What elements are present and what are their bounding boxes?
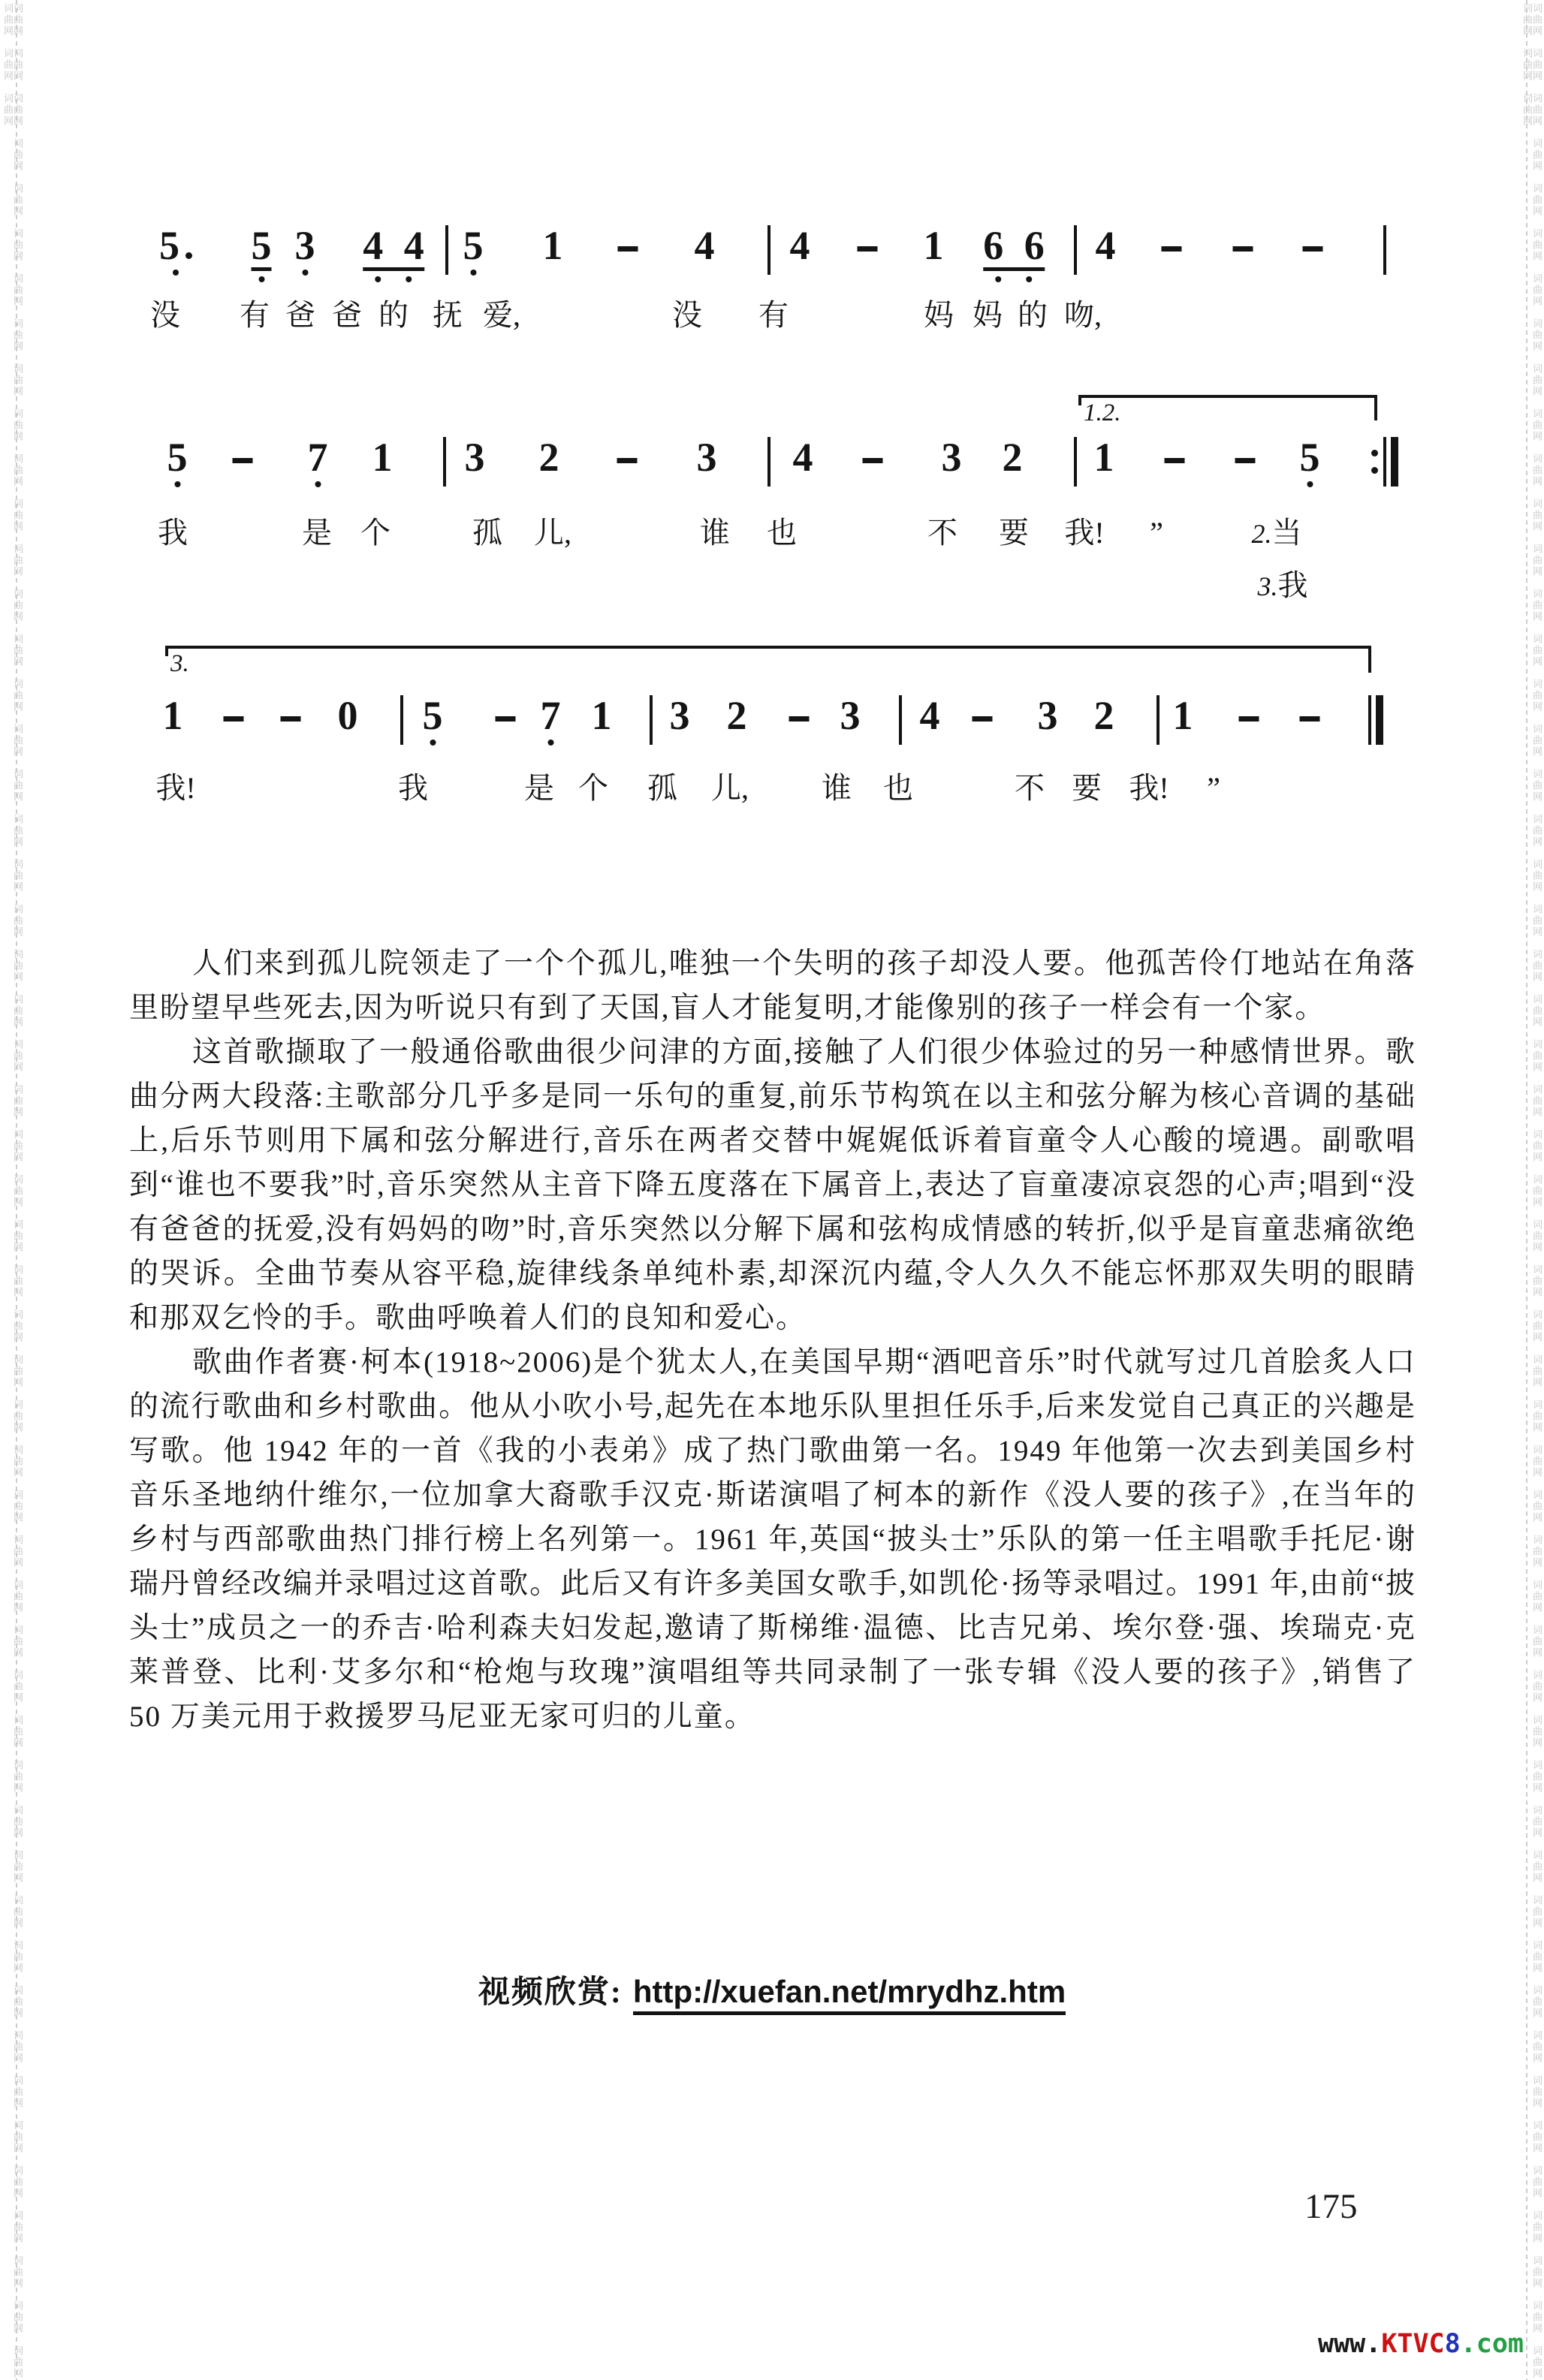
barline — [767, 437, 770, 487]
lyric-syllable: 3.我 — [1258, 571, 1308, 601]
barline — [899, 695, 902, 745]
note-digits: 3 — [1038, 698, 1058, 734]
lyric-text: 个 — [578, 771, 608, 805]
note-digit-text: 3 — [1038, 698, 1058, 734]
site-watermark: www.KTVC8.com — [1318, 2329, 1524, 2359]
note-digits: 5 — [1300, 440, 1320, 476]
article: 人们来到孤儿院领走了一个个孤儿,唯独一个失明的孩子却没人要。他孤苦伶仃地站在角落… — [129, 941, 1416, 1739]
duration-dash — [1162, 246, 1182, 252]
duration-dash — [1235, 458, 1256, 463]
barline — [767, 225, 770, 275]
note-digits: 5 — [463, 228, 484, 264]
duration-dash — [1233, 246, 1253, 252]
lyric-syllable: 儿, — [534, 518, 571, 548]
lyric-text: 我! — [1129, 771, 1169, 805]
lyric-syllable: ” — [1207, 773, 1220, 803]
lyric-text: 的 — [378, 298, 409, 332]
note-digits: 1 — [1094, 440, 1114, 476]
lyric-text: 有 — [758, 298, 789, 332]
lyric-text: 不 — [1015, 771, 1045, 805]
volta-left-tick — [165, 646, 168, 656]
lyric-syllable: 要 — [999, 518, 1029, 548]
jianpu-note: 3 — [697, 440, 717, 476]
lyric-text: 妈 — [973, 298, 1003, 332]
volta-right-tick — [1374, 395, 1377, 420]
note-digits: 3 — [670, 698, 690, 734]
note-digits: 1 — [1173, 698, 1193, 734]
repeat-end-barline — [1371, 437, 1398, 487]
lyric-text: 个 — [360, 516, 391, 550]
jianpu-note: 1 — [924, 228, 944, 264]
jianpu-note: 5 — [423, 698, 443, 746]
lyric-syllable: 要 — [1072, 773, 1102, 803]
note-digits: 2 — [1094, 698, 1114, 734]
note-digits: 4 — [695, 228, 715, 264]
note-digit-text: 1 — [1173, 698, 1193, 734]
jianpu-note: 5 — [167, 440, 188, 487]
note-digit-text: 5 — [167, 440, 188, 476]
jianpu-note: 4 — [695, 228, 715, 264]
note-digit-text: 1 — [1094, 440, 1114, 476]
lyric-syllable: 我! — [1064, 518, 1104, 548]
volta-bracket: 3. — [165, 646, 1371, 649]
note-digit-text: 0 — [338, 698, 358, 734]
thick-bar — [1391, 437, 1398, 487]
lyric-syllable: 谁 — [822, 773, 852, 803]
note-digits: 0 — [338, 698, 358, 734]
jianpu-note: 4 — [793, 440, 813, 476]
lyric-syllable: 没 — [672, 300, 702, 330]
note-digit-text: 1 — [592, 698, 612, 734]
lyric-text: ” — [1150, 516, 1163, 550]
thin-bar — [1368, 695, 1371, 745]
note-digits: 1 — [372, 440, 393, 476]
barline — [400, 695, 403, 745]
barline — [1156, 695, 1160, 745]
jianpu-note: 5 — [159, 228, 192, 276]
lyric-syllable: 的 — [378, 300, 409, 330]
lyric-text: 也 — [883, 771, 913, 805]
lyric-syllable: 有 — [758, 300, 789, 330]
duration-dash — [1239, 716, 1259, 722]
lyric-syllable: 不 — [1015, 773, 1045, 803]
jianpu-note: 3 — [670, 698, 690, 734]
note-digits: 4 4 — [363, 228, 424, 264]
lyric-syllable: 我! — [1129, 773, 1169, 803]
note-digit-text: 7 — [308, 440, 328, 476]
lyric-text: 抚 — [433, 298, 463, 332]
barline — [1074, 437, 1077, 487]
note-digit-text: 3 — [942, 440, 962, 476]
duration-dash — [863, 458, 883, 463]
duration-dash — [858, 246, 878, 252]
octave-dot — [996, 276, 1002, 282]
octave-dot — [1307, 481, 1313, 487]
note-digit-text: 4 — [793, 440, 813, 476]
octave-dot — [173, 270, 179, 276]
jianpu-note: 5 — [252, 228, 272, 282]
thin-bar — [1383, 437, 1386, 487]
note-digits: 1 — [163, 698, 183, 734]
volta-right-tick — [1368, 646, 1371, 673]
verse-number: 2. — [1252, 519, 1272, 549]
site-watermark-part: 8 — [1445, 2329, 1461, 2359]
lyric-syllable: 我 — [158, 518, 188, 548]
lyric-text: 我! — [1064, 516, 1104, 550]
lyric-syllable: 是 — [524, 773, 554, 803]
jianpu-note: 4 — [1096, 228, 1116, 264]
note-digits: 2 — [727, 698, 747, 734]
lyric-syllable: 儿, — [711, 773, 749, 803]
site-watermark-part: www. — [1318, 2329, 1381, 2359]
lyric-syllable: 爸 — [285, 300, 315, 330]
page-number: 175 — [1304, 2186, 1358, 2227]
lyric-text: 有 — [240, 298, 270, 332]
lyric-text: 没 — [672, 298, 702, 332]
lyric-syllable: 爸 — [332, 300, 362, 330]
note-digit-text: 4 4 — [363, 228, 424, 264]
note-digits: 4 — [920, 698, 940, 734]
note-digits: 3 — [840, 698, 861, 734]
lyric-text: 儿, — [534, 516, 571, 550]
video-label: 视频欣赏: — [478, 1975, 623, 2010]
lyric-text: 爸 — [285, 298, 315, 332]
note-digit-text: 4 — [1096, 228, 1116, 264]
jianpu-note: 3 — [465, 440, 485, 476]
note-digit-text: 5 — [252, 228, 272, 264]
note-digit-text: 3 — [295, 228, 315, 264]
note-digit-text: 4 — [695, 228, 715, 264]
lyric-syllable: 妈 — [924, 300, 954, 330]
octave-dot — [547, 740, 553, 746]
barline — [1383, 225, 1386, 275]
lyric-syllable: 我! — [155, 773, 195, 803]
note-digit-text: 2 — [1094, 698, 1114, 734]
article-paragraph: 人们来到孤儿院领走了一个个孤儿,唯独一个失明的孩子却没人要。他孤苦伶仃地站在角落… — [129, 941, 1416, 1030]
jianpu-music-block: 5534 4514416 64没有爸爸的抚爱,没有妈妈的吻,1.2.571323… — [0, 0, 1544, 863]
barline — [443, 437, 446, 487]
eighth-underline — [252, 267, 272, 271]
note-digits: 1 — [592, 698, 612, 734]
barline — [1074, 225, 1077, 275]
low-octave-dots — [252, 276, 272, 282]
jianpu-note: 1 — [372, 440, 393, 476]
note-digit-text: 3 — [670, 698, 690, 734]
note-digit-text: 5 — [159, 228, 179, 264]
low-octave-dots — [423, 740, 443, 746]
lyric-syllable: 没 — [150, 300, 180, 330]
octave-dot — [1026, 276, 1032, 282]
lyric-text: 我 — [1278, 568, 1308, 602]
note-digits: 1 — [543, 228, 563, 264]
lyric-syllable: 2.当 — [1252, 518, 1302, 548]
low-octave-dots — [363, 276, 424, 282]
note-digits: 3 — [295, 228, 315, 264]
jianpu-note: 2 — [1003, 440, 1023, 476]
lyric-text: 我 — [398, 771, 428, 805]
lyric-text: 不 — [927, 516, 957, 550]
duration-dash — [233, 458, 253, 463]
lyric-syllable: 也 — [767, 518, 797, 548]
octave-dot — [302, 270, 308, 276]
note-digits: 3 — [465, 440, 485, 476]
duration-dash — [789, 716, 810, 722]
note-digit-text: 3 — [465, 440, 485, 476]
note-digit-text: 7 — [541, 698, 561, 734]
note-digit-text: 3 — [697, 440, 717, 476]
note-digit-text: 4 — [920, 698, 940, 734]
jianpu-note: 7 — [541, 698, 561, 746]
note-digits: 3 — [697, 440, 717, 476]
jianpu-note: 7 — [308, 440, 328, 487]
jianpu-note: 2 — [539, 440, 559, 476]
lyric-text: 儿, — [711, 771, 749, 805]
lyric-syllable: 不 — [927, 518, 957, 548]
jianpu-note: 3 — [942, 440, 962, 476]
duration-dash — [618, 246, 638, 252]
lyric-text: 也 — [767, 516, 797, 550]
note-digits: 1 — [924, 228, 944, 264]
jianpu-note: 4 — [790, 228, 810, 264]
octave-dot — [174, 481, 180, 487]
duration-dash — [1303, 246, 1323, 252]
video-link-line: 视频欣赏:http://xuefan.net/mrydhz.htm — [0, 1967, 1544, 2012]
jianpu-note: 4 — [920, 698, 940, 734]
site-watermark-part: KTVC — [1381, 2329, 1444, 2359]
lyric-syllable: 孤 — [647, 773, 677, 803]
jianpu-note: 1 — [592, 698, 612, 734]
jianpu-note: 6 6 — [983, 228, 1045, 282]
note-digit-text: 1 — [372, 440, 393, 476]
jianpu-note: 1 — [543, 228, 563, 264]
lyric-text: 的 — [1018, 298, 1048, 332]
lyric-text: 爱, — [483, 298, 520, 332]
lyric-text: 是 — [302, 516, 332, 550]
duration-dash — [1300, 716, 1320, 722]
octave-dot — [258, 276, 264, 282]
jianpu-note: 5 — [463, 228, 484, 276]
octave-dot — [406, 276, 412, 282]
lyric-text: 谁 — [700, 516, 730, 550]
scanned-page: 词曲网 词曲网 词曲网 词曲网 词曲网 词曲网 词曲网 词曲网 词曲网 词曲网 … — [0, 0, 1544, 2380]
jianpu-note: 1 — [163, 698, 183, 734]
note-digit-text: 5 — [423, 698, 443, 734]
lyric-syllable: 爱, — [483, 300, 520, 330]
note-digits: 3 — [942, 440, 962, 476]
note-digits: 5 — [167, 440, 188, 476]
video-url-link[interactable]: http://xuefan.net/mrydhz.htm — [633, 1974, 1066, 2015]
note-digit-text: 2 — [1003, 440, 1023, 476]
lyric-text: 是 — [524, 771, 554, 805]
low-octave-dots — [167, 481, 188, 487]
note-digits: 5 — [423, 698, 443, 734]
final-barline — [1368, 695, 1383, 745]
duration-dash — [617, 458, 638, 463]
note-digits: 5 — [159, 228, 192, 264]
lyric-text: ” — [1207, 771, 1220, 805]
lyric-text: 爸 — [332, 298, 362, 332]
note-digit-text: 5 — [463, 228, 484, 264]
barline — [650, 695, 653, 745]
low-octave-dots — [308, 481, 328, 487]
lyric-syllable: 有 — [240, 300, 270, 330]
note-digits: 2 — [1003, 440, 1023, 476]
lyric-text: 没 — [150, 298, 180, 332]
article-paragraph: 这首歌撷取了一般通俗歌曲很少问津的方面,接触了人们很少体验过的另一种感情世界。歌… — [129, 1030, 1416, 1340]
lyric-syllable: 抚 — [433, 300, 463, 330]
lyric-text: 要 — [1072, 771, 1102, 805]
lyric-text: 孤 — [647, 771, 677, 805]
lyric-syllable: 妈 — [973, 300, 1003, 330]
lyric-syllable: 个 — [578, 773, 608, 803]
site-watermark-part: .com — [1461, 2329, 1524, 2359]
lyric-text: 要 — [999, 516, 1029, 550]
low-octave-dots — [295, 270, 315, 276]
lyric-syllable: 我 — [398, 773, 428, 803]
low-octave-dots — [1300, 481, 1320, 487]
repeat-dot — [1371, 450, 1378, 456]
duration-dash — [224, 716, 244, 722]
volta-bracket: 1.2. — [1078, 395, 1377, 398]
low-octave-dots — [463, 270, 484, 276]
lyric-text: 孤 — [472, 516, 502, 550]
octave-dot — [375, 276, 381, 282]
octave-dot — [430, 740, 436, 746]
jianpu-note: 3 — [1038, 698, 1058, 734]
lyric-text: 妈 — [924, 298, 954, 332]
note-digit-text: 1 — [924, 228, 944, 264]
low-octave-dots — [159, 270, 192, 276]
duration-dash — [973, 716, 993, 722]
note-digits: 6 6 — [983, 228, 1045, 264]
low-octave-dots — [983, 276, 1045, 282]
jianpu-note: 3 — [295, 228, 315, 276]
lyric-text: 我 — [158, 516, 188, 550]
note-digit-text: 5 — [1300, 440, 1320, 476]
duration-dash — [1165, 458, 1185, 463]
thick-bar — [1376, 695, 1383, 745]
jianpu-note: 0 — [338, 698, 358, 734]
duration-dash — [281, 716, 301, 722]
lyric-syllable: 孤 — [472, 518, 502, 548]
lyric-syllable: 也 — [883, 773, 913, 803]
lyric-text: 谁 — [822, 771, 852, 805]
jianpu-note: 3 — [840, 698, 861, 734]
lyric-syllable: ” — [1150, 518, 1163, 548]
jianpu-note: 4 4 — [363, 228, 424, 282]
lyric-text: 当 — [1272, 516, 1302, 550]
volta-left-tick — [1078, 395, 1081, 405]
dot-after — [185, 252, 192, 259]
lyric-text: 我! — [155, 771, 195, 805]
note-digits: 7 — [541, 698, 561, 734]
lyric-syllable: 是 — [302, 518, 332, 548]
lyric-syllable: 谁 — [700, 518, 730, 548]
note-digit-text: 2 — [539, 440, 559, 476]
repeat-dot — [1371, 467, 1378, 474]
note-digit-text: 1 — [163, 698, 183, 734]
lyric-syllable: 吻, — [1064, 300, 1102, 330]
note-digits: 4 — [1096, 228, 1116, 264]
low-octave-dots — [541, 740, 561, 746]
lyric-text: 吻, — [1064, 298, 1102, 332]
volta-label: 1.2. — [1084, 399, 1121, 427]
jianpu-note: 1 — [1094, 440, 1114, 476]
barline — [445, 225, 448, 275]
lyric-syllable: 个 — [360, 518, 391, 548]
note-digits: 4 — [793, 440, 813, 476]
note-digit-text: 6 6 — [983, 228, 1045, 264]
note-digit-text: 3 — [840, 698, 861, 734]
note-digit-text: 1 — [543, 228, 563, 264]
jianpu-note: 2 — [727, 698, 747, 734]
note-digits: 7 — [308, 440, 328, 476]
octave-dot — [315, 481, 321, 487]
volta-label: 3. — [170, 650, 189, 678]
note-digits: 2 — [539, 440, 559, 476]
article-paragraph: 歌曲作者赛·柯本(1918~2006)是个犹太人,在美国早期“酒吧音乐”时代就写… — [129, 1340, 1416, 1739]
jianpu-note: 1 — [1173, 698, 1193, 734]
note-digits: 4 — [790, 228, 810, 264]
repeat-dots — [1371, 437, 1378, 487]
duration-dash — [496, 716, 516, 722]
jianpu-note: 2 — [1094, 698, 1114, 734]
octave-dot — [470, 270, 476, 276]
note-digit-text: 2 — [727, 698, 747, 734]
note-digits: 5 — [252, 228, 272, 264]
verse-number: 3. — [1258, 571, 1278, 601]
eighth-underline — [363, 267, 424, 271]
lyric-syllable: 的 — [1018, 300, 1048, 330]
jianpu-note: 5 — [1300, 440, 1320, 487]
note-digit-text: 4 — [790, 228, 810, 264]
eighth-underline — [983, 267, 1045, 271]
